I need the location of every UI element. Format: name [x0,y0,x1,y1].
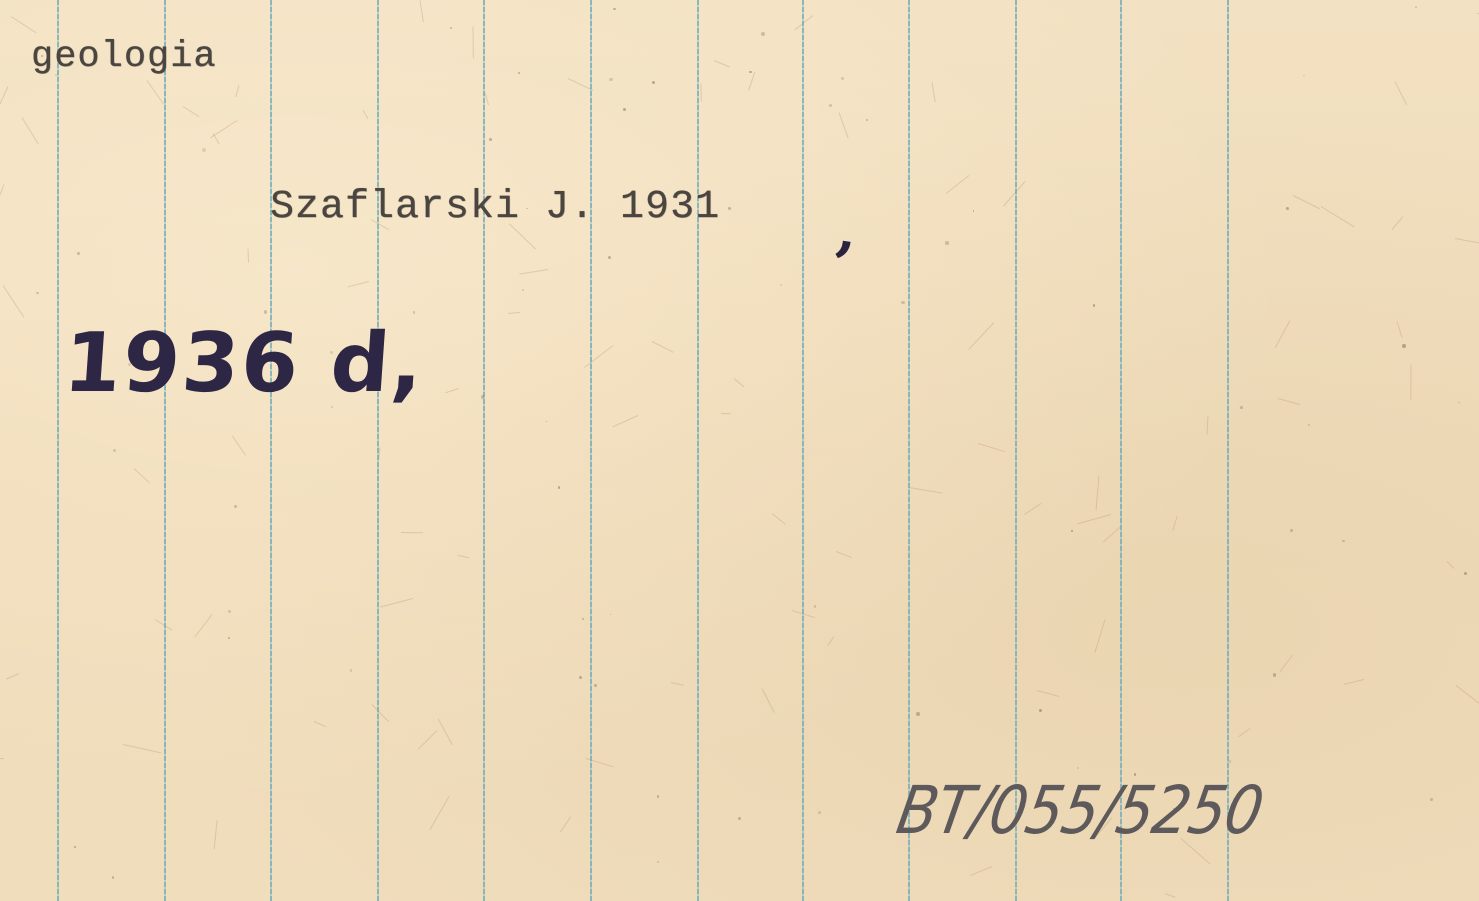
paper-fiber [1410,364,1411,399]
paper-fiber [195,614,213,637]
paper-speck [77,252,80,255]
paper-speck [489,138,492,141]
handwritten-annotation: 1936 d, [61,316,428,411]
paper-fiber [1096,476,1100,511]
paper-fiber [371,704,388,722]
paper-fiber [0,184,5,212]
paper-fiber [1455,238,1479,246]
paper-fiber [429,796,449,830]
paper-fiber [1164,893,1175,898]
paper-speck [901,301,905,305]
paper-fiber [838,112,848,137]
paper-fiber [509,312,521,314]
paper-speck [450,27,452,29]
paper-speck [1273,673,1277,677]
paper-speck [818,811,821,814]
paper-fiber [437,718,452,745]
paper-speck [1039,709,1042,712]
paper-fiber [1094,619,1105,653]
paper-fiber [485,92,490,105]
paper-fiber [235,86,239,98]
paper-fiber [1280,654,1294,672]
paper-fiber [1239,728,1251,737]
paper-fiber [147,80,164,104]
paper-speck [610,614,612,616]
paper-speck [973,210,975,212]
paper-fiber [968,322,994,349]
paper-fiber [1397,322,1403,338]
paper-fiber [1173,517,1178,532]
paper-speck [582,618,584,620]
paper-speck [866,119,868,121]
paper-speck [780,284,782,286]
ruled-line [483,0,485,901]
paper-speck [1430,798,1433,801]
paper-speck [657,795,660,798]
ruled-line [164,0,166,901]
ruled-line [697,0,699,901]
paper-fiber [11,16,36,33]
paper-fiber [1274,320,1290,348]
paper-speck [1071,530,1073,532]
paper-speck [522,289,524,291]
paper-speck [1342,540,1344,542]
paper-speck [1303,75,1305,77]
paper-fiber [348,281,369,287]
paper-speck [413,311,416,314]
paper-speck [518,72,520,74]
paper-speck [761,32,765,36]
paper-fiber [2,285,24,318]
author-year-entry: Szaflarski J. 1931 [270,185,720,230]
paper-speck [916,712,920,716]
paper-speck [728,207,731,210]
paper-fiber [362,110,368,119]
paper-speck [112,876,115,879]
paper-fiber [210,120,237,138]
paper-speck [202,148,205,151]
paper-fiber [419,0,423,22]
paper-speck [814,605,817,608]
paper-fiber [827,636,834,645]
paper-fiber [612,415,638,428]
paper-fiber [1456,685,1479,707]
paper-speck [579,676,582,679]
paper-fiber [1392,216,1404,230]
paper-fiber [1207,415,1209,434]
paper-fiber [1024,504,1042,516]
paper-fiber [1447,561,1455,569]
paper-speck [829,104,832,107]
paper-fiber [701,84,702,102]
paper-speck [738,817,741,820]
paper-fiber [1292,195,1319,209]
paper-fiber [932,83,936,103]
ruled-line [1120,0,1122,901]
paper-speck [1093,304,1096,307]
paper-speck [36,292,39,295]
paper-speck [1290,529,1293,532]
paper-fiber [446,388,459,393]
paper-fiber [0,87,8,123]
paper-speck [1464,572,1467,575]
ink-comma-mark: , [834,197,862,265]
paper-fiber [473,27,474,59]
paper-fiber [0,758,4,759]
paper-fiber [652,341,674,353]
paper-speck [546,421,548,423]
paper-fiber [1076,514,1110,524]
paper-fiber [794,15,813,30]
paper-fiber [133,468,149,483]
paper-speck [234,505,237,508]
paper-fiber [21,117,38,144]
paper-fiber [378,448,380,460]
paper-fiber [560,816,572,832]
paper-fiber [520,269,549,275]
paper-fiber [1321,206,1355,227]
paper-fiber [314,721,326,727]
paper-fiber [762,688,775,712]
paper-fiber [380,598,413,607]
ruled-line [802,0,804,901]
paper-speck [228,637,230,639]
paper-speck [113,449,116,452]
paper-fiber [1036,690,1058,697]
paper-fiber [977,443,1004,452]
paper-fiber [734,378,745,387]
paper-speck [74,846,76,848]
paper-fiber [945,175,969,194]
paper-speck [609,78,613,82]
paper-fiber [247,249,249,263]
paper-fiber [1394,81,1406,105]
paper-speck [945,241,948,244]
paper-speck [1229,760,1232,763]
paper-fiber [401,532,423,533]
paper-fiber [792,610,815,618]
ruled-line [908,0,910,901]
paper-fiber [748,71,755,90]
paper-fiber [1343,679,1364,685]
catalog-card: geologia Szaflarski J. 1931 , 1936 d, BT… [0,0,1479,901]
paper-speck [613,8,616,11]
paper-fiber [584,346,613,369]
paper-speck [608,256,611,259]
paper-fiber [772,513,786,525]
ruled-line [270,0,272,901]
paper-speck [1286,207,1289,210]
paper-fiber [231,435,245,455]
paper-speck [1308,424,1310,426]
ruled-line [590,0,592,901]
paper-fiber [458,555,469,558]
ruled-line [1227,0,1229,901]
paper-speck [594,684,597,687]
shelfmark-signature: BT/055/5250 [891,772,1268,849]
paper-speck [1077,767,1079,769]
paper-speck [1402,344,1406,348]
paper-fiber [714,60,730,68]
paper-speck [652,81,655,84]
paper-fiber [908,487,942,494]
ruled-line [1015,0,1017,901]
paper-fiber [6,673,19,680]
paper-fiber [418,730,438,750]
paper-fiber [123,744,161,753]
paper-fiber [970,866,992,876]
paper-fiber [836,551,852,558]
paper-speck [749,71,752,74]
paper-fiber [671,682,684,686]
paper-speck [1240,406,1243,409]
paper-speck [623,108,626,111]
paper-speck [558,486,561,489]
paper-speck [350,669,352,671]
paper-fiber [183,106,199,117]
ruled-line [57,0,59,901]
paper-speck [1458,402,1460,404]
paper-speck [841,77,845,81]
paper-speck [1415,6,1417,8]
paper-fiber [721,413,731,414]
paper-speck [264,310,268,314]
paper-fiber [1278,398,1301,405]
subject-heading: geologia [31,36,217,78]
paper-speck [228,610,231,613]
paper-fiber [213,820,217,849]
paper-speck [657,861,659,863]
